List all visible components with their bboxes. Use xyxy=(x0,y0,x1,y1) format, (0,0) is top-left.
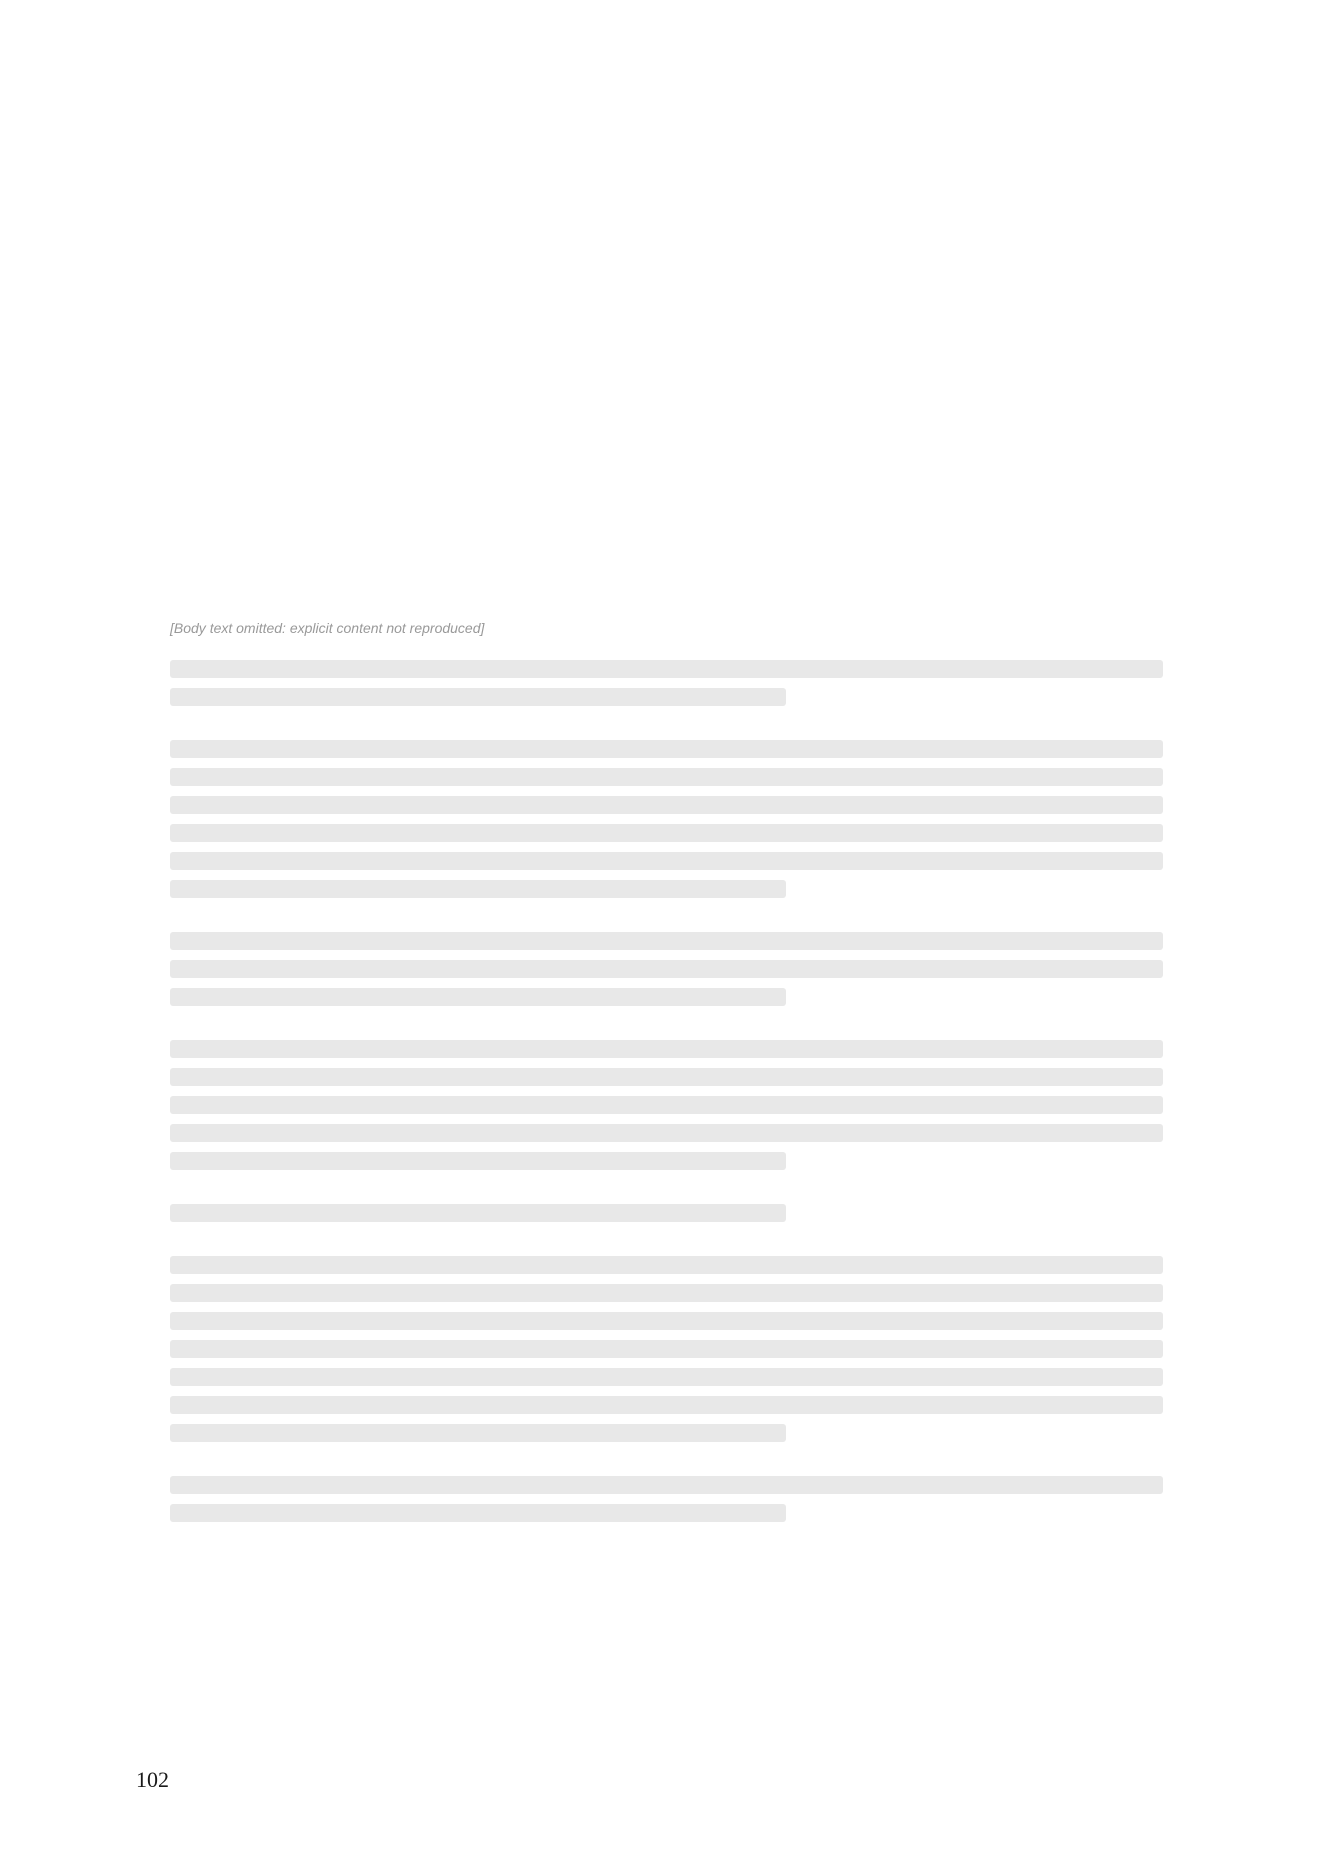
redacted-text-line xyxy=(170,740,1163,758)
redaction-note: [Body text omitted: explicit content not… xyxy=(170,620,1163,636)
redacted-text-line xyxy=(170,660,1163,678)
redacted-text-line xyxy=(170,768,1163,786)
text-area: [Body text omitted: explicit content not… xyxy=(170,620,1163,1556)
redacted-text-line xyxy=(170,1284,1163,1302)
redacted-text-line xyxy=(170,1368,1163,1386)
redacted-text-line xyxy=(170,1124,1163,1142)
redacted-paragraph xyxy=(170,740,1163,898)
redacted-paragraph xyxy=(170,1204,1163,1222)
redacted-text-line xyxy=(170,1040,1163,1058)
redacted-text-line xyxy=(170,988,786,1006)
page-number: 102 xyxy=(136,1767,169,1793)
redacted-text-line xyxy=(170,932,1163,950)
redacted-paragraph xyxy=(170,1040,1163,1170)
document-page: [Body text omitted: explicit content not… xyxy=(0,0,1323,1871)
redacted-text-line xyxy=(170,960,1163,978)
redacted-paragraph xyxy=(170,1256,1163,1442)
redacted-text-line xyxy=(170,1312,1163,1330)
redacted-text-line xyxy=(170,1340,1163,1358)
redacted-text-line xyxy=(170,1068,1163,1086)
redacted-paragraph xyxy=(170,932,1163,1006)
redacted-text-line xyxy=(170,1096,1163,1114)
redacted-text-line xyxy=(170,1204,786,1222)
redacted-text-line xyxy=(170,688,786,706)
paragraph-blocks xyxy=(170,660,1163,1522)
redacted-paragraph xyxy=(170,660,1163,706)
redacted-text-line xyxy=(170,1396,1163,1414)
redacted-paragraph xyxy=(170,1476,1163,1522)
redacted-text-line xyxy=(170,1256,1163,1274)
redacted-text-line xyxy=(170,796,1163,814)
redacted-text-line xyxy=(170,1476,1163,1494)
redacted-text-line xyxy=(170,824,1163,842)
redacted-text-line xyxy=(170,880,786,898)
redacted-text-line xyxy=(170,1152,786,1170)
redacted-text-line xyxy=(170,1424,786,1442)
redacted-text-line xyxy=(170,1504,786,1522)
redacted-text-line xyxy=(170,852,1163,870)
